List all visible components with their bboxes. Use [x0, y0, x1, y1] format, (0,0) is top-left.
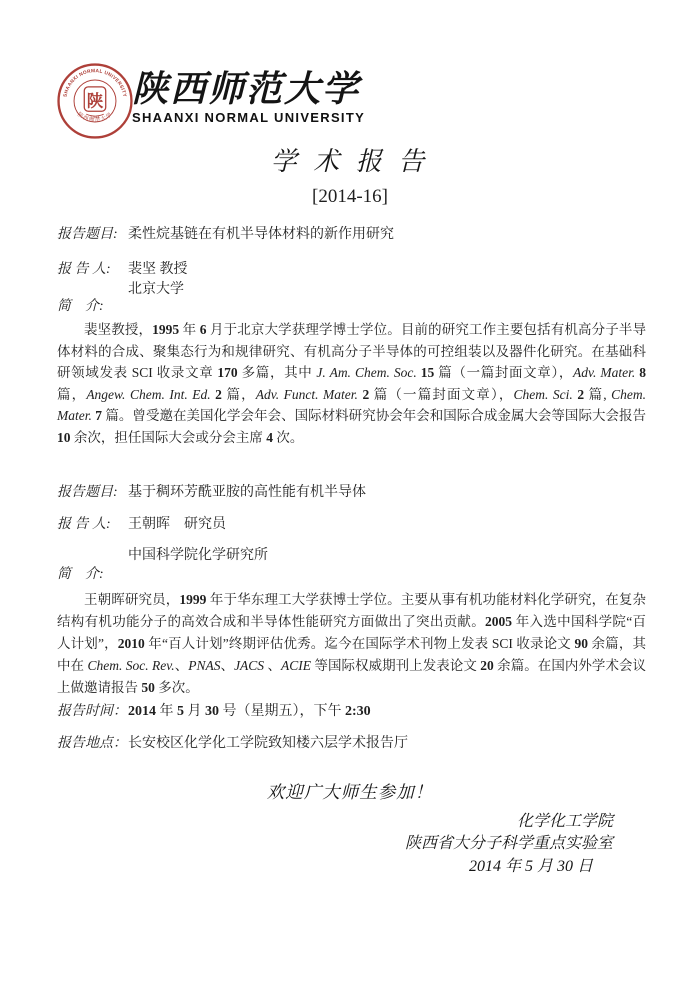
report-1-bio-label: 简 介: [57, 297, 128, 317]
letterhead: SHAANXI NORMAL UNIVERSITY ·陕西师范大学· 陕 194… [56, 62, 365, 140]
report-1-bio: 裴坚教授，1995 年 6 月于北京大学获理学博士学位。目前的研究工作主要包括有… [57, 319, 646, 448]
report-2-speaker-label: 报 告 人: [57, 515, 128, 535]
welcome-line: 欢迎广大师生参加！ [0, 779, 700, 804]
report-time-row: 报告时间： 2014 年 5 月 30 号（星期五），下午 2:30 [57, 702, 646, 722]
report-time-label: 报告时间： [57, 702, 128, 722]
report-1-speaker: 裴坚 教授 [128, 260, 646, 280]
document-title: 学 术 报 告 [0, 141, 700, 178]
signature-lab: 陕西省大分子科学重点实验室 [405, 833, 613, 855]
report-2-bio-label-row: 简 介: [57, 565, 646, 585]
report-2-speaker-row: 报 告 人: 王朝晖 研究员 [57, 515, 646, 535]
report-location-label: 报告地点： [57, 734, 128, 754]
signature-date: 2014 年 5 月 30 日 [405, 856, 613, 878]
report-2-bio: 王朝晖研究员，1999 年于华东理工大学获博士学位。主要从事有机功能材料化学研究… [57, 589, 646, 699]
report-2-title: 基于稠环芳酰亚胺的高性能有机半导体 [128, 483, 646, 503]
report-location-row: 报告地点： 长安校区化学化工学院致知楼六层学术报告厅 [57, 734, 646, 754]
indent-spacer [57, 546, 128, 566]
signature-college: 化学化工学院 [405, 811, 613, 833]
signature-block: 化学化工学院 陕西省大分子科学重点实验室 2014 年 5 月 30 日 [405, 811, 613, 878]
university-seal-logo: SHAANXI NORMAL UNIVERSITY ·陕西师范大学· 陕 194… [56, 62, 134, 140]
report-2-title-row: 报告题目: 基于稠环芳酰亚胺的高性能有机半导体 [57, 483, 646, 503]
university-brand: 陕西师范大学 SHAANXI NORMAL UNIVERSITY [132, 62, 365, 125]
university-name-en: SHAANXI NORMAL UNIVERSITY [132, 110, 365, 125]
report-2-affiliation-row: 中国科学院化学研究所 [57, 546, 646, 566]
report-1-title-row: 报告题目: 柔性烷基链在有机半导体材料的新作用研究 [57, 225, 646, 245]
report-1-speaker-row: 报 告 人: 裴坚 教授 [57, 260, 646, 280]
report-1-bio-label-row: 简 介: [57, 297, 646, 317]
report-2-affiliation: 中国科学院化学研究所 [128, 546, 646, 566]
report-time: 2014 年 5 月 30 号（星期五），下午 2:30 [128, 702, 646, 722]
report-1-title-label: 报告题目: [57, 225, 128, 245]
report-2-bio-label: 简 介: [57, 565, 128, 585]
document-number: [2014-16] [0, 186, 700, 208]
university-name-zh: 陕西师范大学 [132, 70, 365, 108]
seal-emblem-character: 陕 [87, 90, 104, 110]
document-page: SHAANXI NORMAL UNIVERSITY ·陕西师范大学· 陕 194… [0, 0, 700, 990]
seal-year: 1944 [91, 115, 101, 120]
report-2-speaker: 王朝晖 研究员 [128, 515, 646, 535]
report-1-speaker-label: 报 告 人: [57, 260, 128, 280]
report-1-title: 柔性烷基链在有机半导体材料的新作用研究 [128, 225, 646, 245]
report-2-title-label: 报告题目: [57, 483, 128, 503]
report-location: 长安校区化学化工学院致知楼六层学术报告厅 [128, 734, 646, 754]
